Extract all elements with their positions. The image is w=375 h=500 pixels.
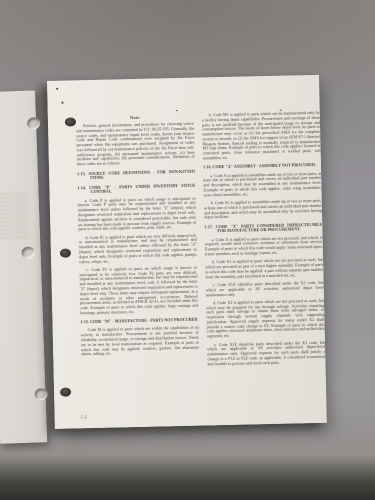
paragraph: b. Code X1 is applied to parts which are…	[205, 258, 323, 280]
section-heading: 1-16. CODE "A" ASSEMBLY - ASSEMBLY NOT P…	[203, 163, 321, 170]
punch-hole-icon	[65, 117, 76, 126]
punch-hole-icon	[60, 249, 71, 258]
punch-hole-icon	[60, 388, 71, 397]
paragraph: a. Code X is applied to parts which are …	[205, 235, 323, 257]
punch-hole-icon	[34, 388, 47, 400]
section-heading: 1-17. CODE "X" PARTS CONSIDERED IMPRACTI…	[204, 222, 322, 234]
ink-speck	[56, 88, 58, 90]
section-heading: 1-15. CODE "M" - MANUFACTURE - PARTS NOT…	[80, 318, 198, 325]
left-column: NotePolicies, general information, and p…	[76, 114, 200, 374]
paragraph: a. Code A is applied to assemblies made …	[203, 171, 322, 198]
punch-hole-icon	[21, 246, 34, 258]
section-heading: 1-13. SOURCE CODE DEFINITIONS - FOR NON-…	[77, 169, 195, 181]
document-page: NotePolicies, general information, and p…	[47, 75, 327, 429]
paragraph: d. Code X2 is applied to parts which are…	[206, 299, 325, 340]
paragraph: b. Code A1 is applied to assemblies made…	[204, 199, 322, 221]
page-content: NotePolicies, general information, and p…	[76, 111, 322, 373]
paragraph: Code M is applied to parts which are wit…	[81, 326, 200, 357]
section-heading: 1-14. CODE "P" - PARTS UNDER INVENTORY S…	[77, 183, 195, 195]
paragraph: b. Code P1 is applied to parts which are…	[79, 233, 198, 264]
show-through-text	[0, 193, 29, 242]
paragraph: a. Code P is applied to parts on which u…	[78, 196, 197, 232]
underlying-page	[0, 90, 47, 443]
photo-scene: NotePolicies, general information, and p…	[0, 0, 375, 500]
page-number: 1-2	[81, 414, 87, 419]
paragraph: Policies, general information, and proce…	[76, 122, 195, 168]
paragraph: e. Code X2Z identifies parts described u…	[207, 340, 326, 367]
punch-hole-icon	[27, 117, 40, 129]
right-column: b. Code M1 is applied to parts which can…	[202, 111, 326, 371]
ink-speck	[61, 102, 63, 104]
paragraph: c. Code P2 is applied to parts on which …	[79, 265, 198, 315]
paragraph: b. Code M1 is applied to parts which can…	[202, 111, 321, 161]
ink-speck	[176, 110, 178, 111]
paragraph: c. Code X1Z identifies parts described u…	[206, 281, 324, 298]
